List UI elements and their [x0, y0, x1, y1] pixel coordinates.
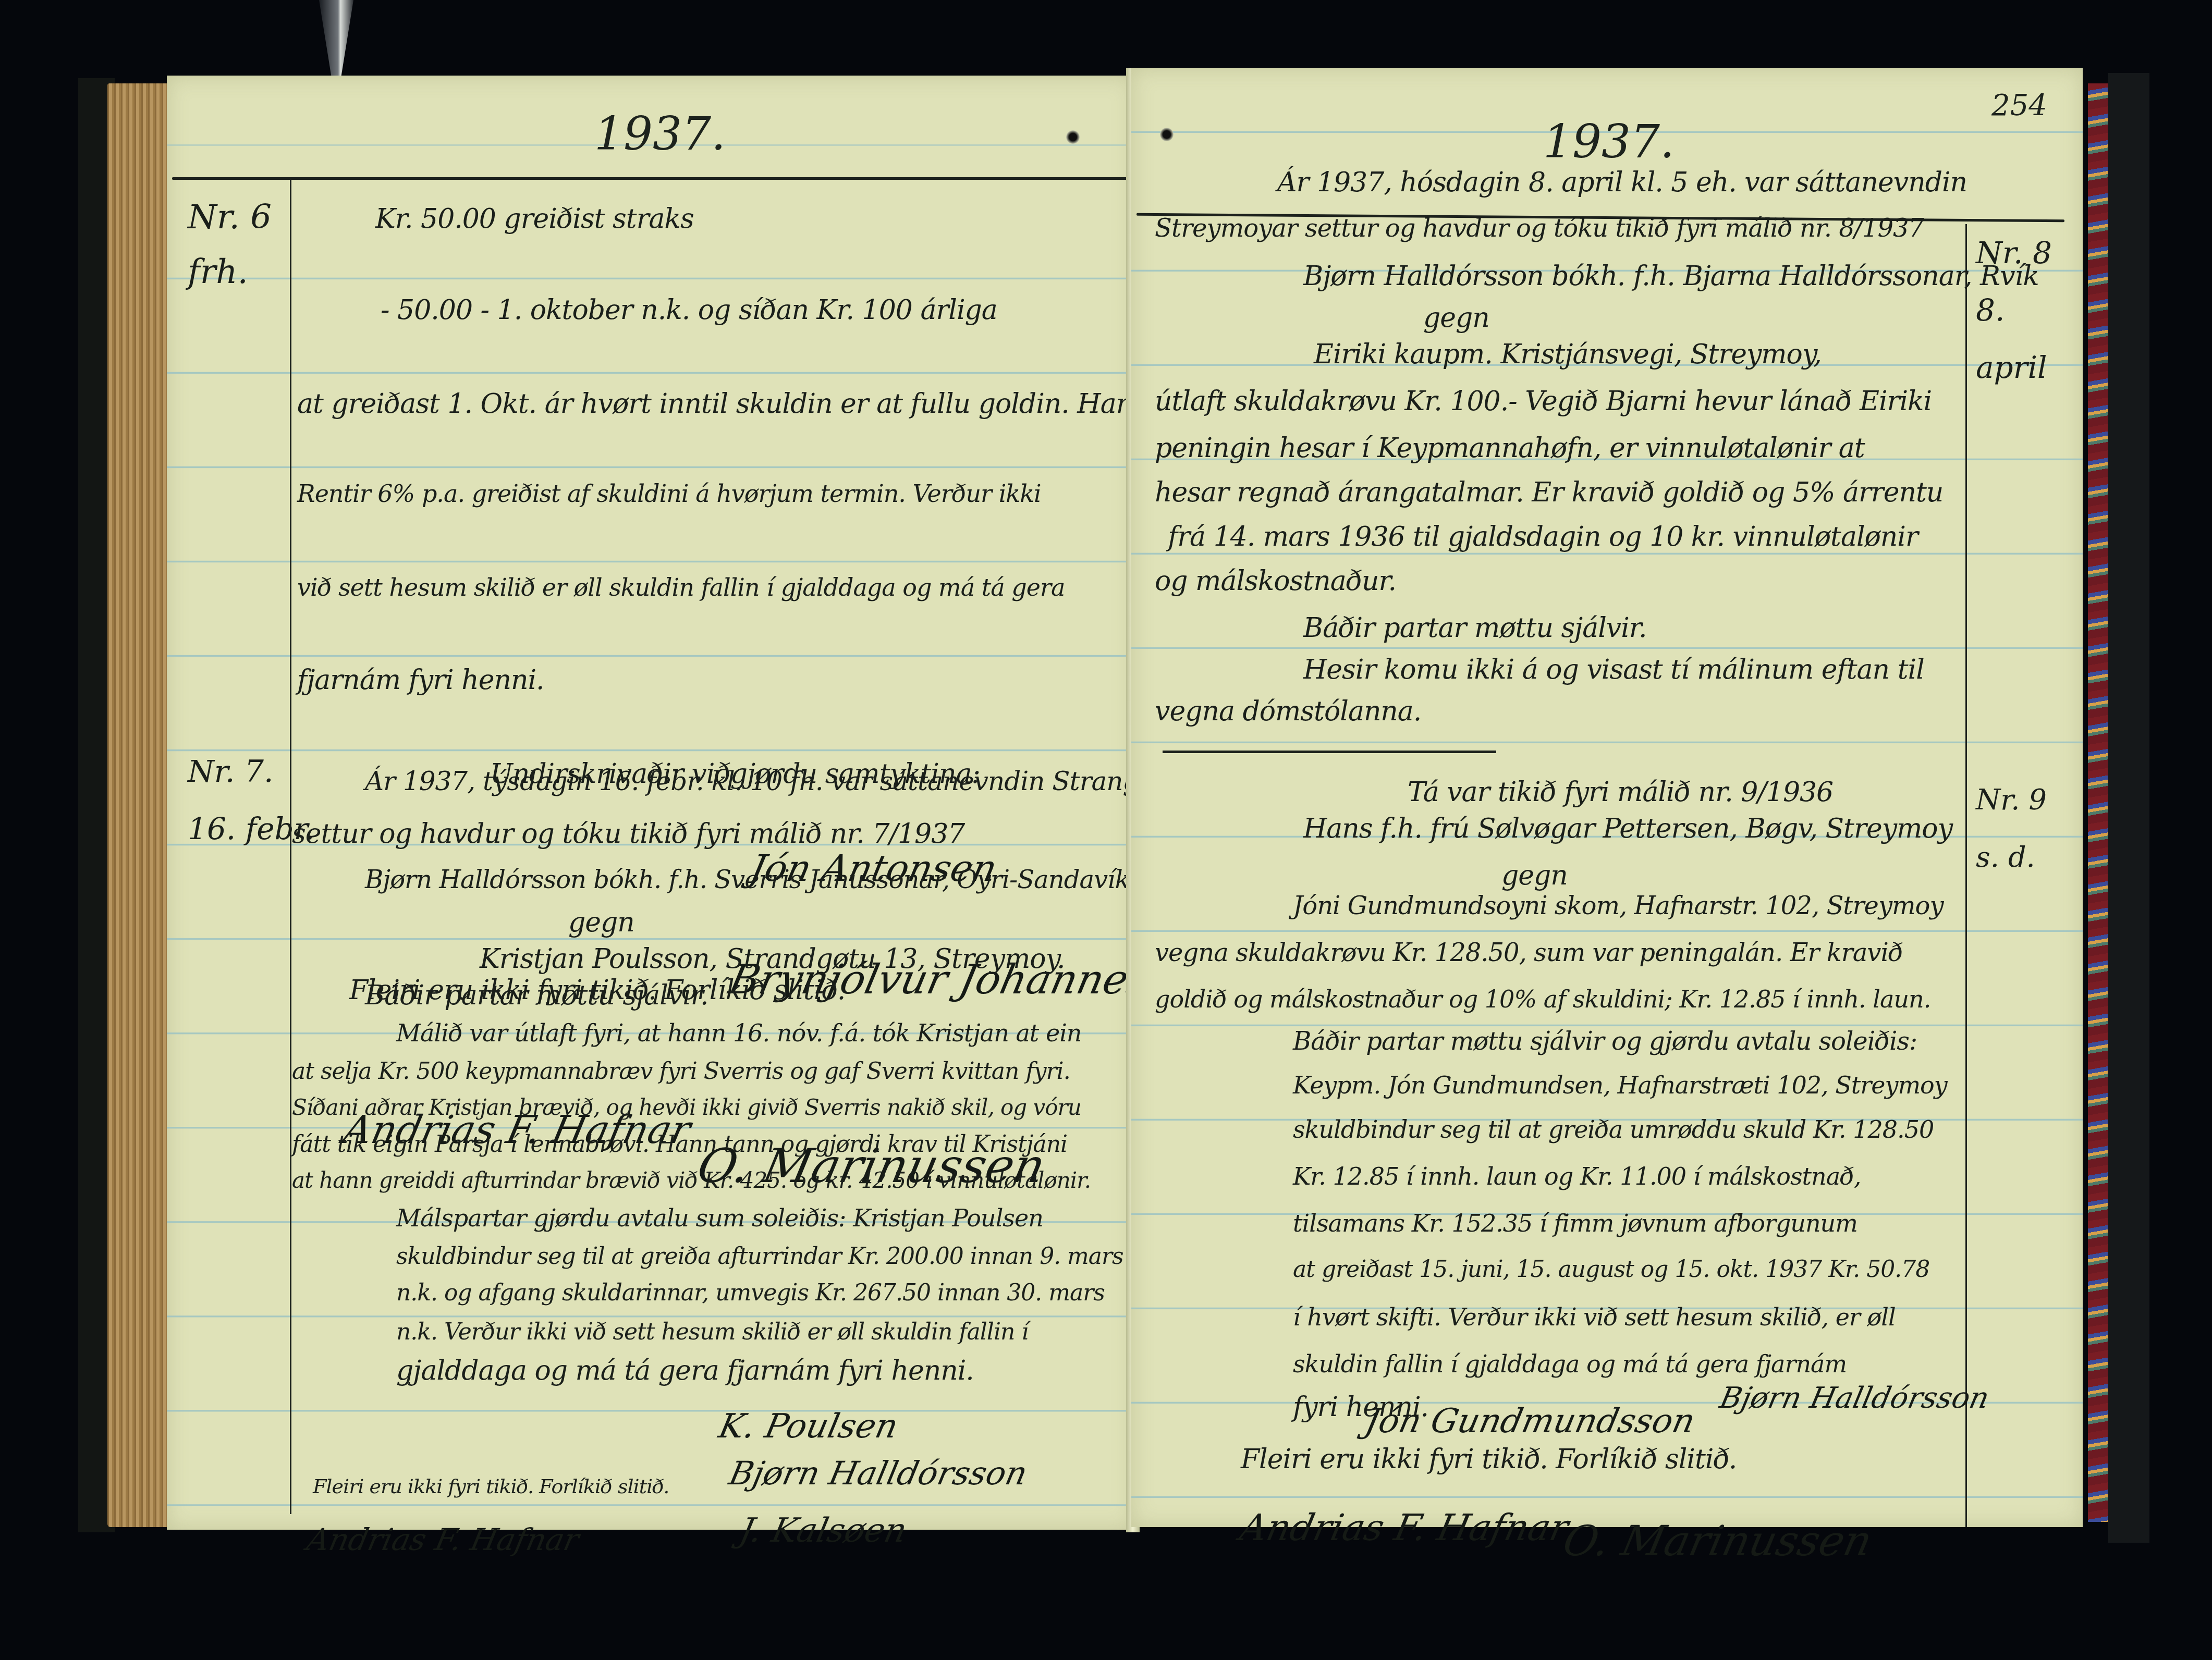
- entry-line: við sett hesum skilið er øll skuldin fal…: [297, 573, 1065, 601]
- entry-line: Eiriki kaupm. Kristjánsvegi, Streymoy,: [1314, 339, 1822, 370]
- entry-line: goldið og málskostnaður og 10% af skuldi…: [1155, 985, 1930, 1013]
- page-number: 254: [1991, 89, 2047, 122]
- entry-line: at greiðast 15. juni, 15. august og 15. …: [1293, 1256, 1929, 1283]
- entry-number-8: Nr. 8 8. april: [1976, 224, 2083, 396]
- entry-separator: [1163, 751, 1496, 753]
- entry-line: Málspartar gjørdu avtalu sum soleiðis: K…: [396, 1204, 1043, 1232]
- signature: Bjørn Halldórsson: [1717, 1381, 1992, 1415]
- entry-line: Báðir partar møttu sjálvir.: [1303, 612, 1647, 644]
- entry-line: Málið var útlaft fyri, at hann 16. nóv. …: [396, 1019, 1082, 1047]
- entry-line: Kr. 12.85 í innh. laun og Kr. 11.00 í má…: [1293, 1162, 1861, 1190]
- entry-closing: Fleiri eru ikki fyri tikið. Forlíkið sli…: [1241, 1444, 1737, 1475]
- entry-closing: Fleiri eru ikki fyri tikið. Forlíkið sli…: [313, 1475, 669, 1498]
- left-page-year: 1937.: [594, 107, 726, 161]
- entry-line-gegn: gegn: [568, 907, 634, 938]
- entry-line-gegn: gegn: [1423, 302, 1489, 334]
- entry-line: Keypm. Jón Gundmundsen, Hafnarstræti 102…: [1293, 1071, 1947, 1099]
- entry-line: og málskostnaður.: [1155, 565, 1396, 597]
- entry-line: Rentir 6% p.a. greiðist af skuldini á hv…: [297, 479, 1041, 508]
- entry-line: útlaft skuldakrøvu Kr. 100.- Vegið Bjarn…: [1155, 386, 1932, 417]
- entry-line: frá 14. mars 1936 til gjaldsdagin og 10 …: [1168, 521, 1918, 552]
- entry-line: gjalddaga og má tá gera fjarnám fyri hen…: [396, 1355, 974, 1386]
- entry-line: Streymoyar settur og havdur og tóku tiki…: [1155, 214, 1924, 243]
- entry-line: Jóni Gundmundsoyni skom, Hafnarstr. 102,…: [1293, 891, 1944, 920]
- left-page: 1937. Nr. 6 frh. Kr. 50.00 greiðist stra…: [167, 76, 1134, 1530]
- entry-line: at selja Kr. 500 keypmannabræv fyri Sver…: [292, 1058, 1070, 1085]
- entry-line: n.k. Verður ikki við sett hesum skilið e…: [396, 1319, 1028, 1345]
- signature: J. Kalsøen: [736, 1511, 910, 1550]
- header-rule: [172, 177, 1129, 180]
- entry-line: n.k. og afgang skuldarinnar, umvegis Kr.…: [396, 1280, 1105, 1306]
- official-signature: Andrias F. Hafnar: [304, 1522, 582, 1557]
- entry-line: skuldbindur seg til at greiða afturrinda…: [396, 1243, 1123, 1270]
- entry-line: vegna dómstólanna.: [1155, 696, 1421, 727]
- entry-line: at hann greiddi afturrindar brævið við K…: [292, 1167, 1091, 1193]
- entry-line: Hesir komu ikki á og visast tí málinum e…: [1303, 654, 1924, 685]
- margin-column-rule: [1965, 224, 1967, 1527]
- entry-line: settur og havdur og tóku tikið fyri máli…: [292, 818, 964, 850]
- entry-line: fjarnám fyri henni.: [297, 665, 544, 696]
- entry-line: peningin hesar í Keypmannahøfn, er vinnu…: [1155, 433, 1865, 464]
- entry-line: vegna skuldakrøvu Kr. 128.50, sum var pe…: [1155, 938, 1903, 967]
- entry-line: Kristjan Poulsson, Strandgøtu 13, Streym…: [480, 943, 1065, 975]
- entry-line: skuldin fallin í gjalddaga og má tá gera…: [1293, 1350, 1847, 1378]
- page-block-edge: [107, 83, 169, 1527]
- entry-line: Bjørn Halldórsson bókh. f.h. Sverris Jan…: [365, 865, 1137, 894]
- entry-line: Bjørn Halldórsson bókh. f.h. Bjarna Hall…: [1303, 261, 2039, 292]
- right-page-year: 1937.: [1543, 115, 1675, 168]
- entry-number-6: Nr. 6 frh.: [188, 190, 272, 300]
- binding-hole: [1066, 130, 1080, 144]
- official-signature: O. Marinussen: [1559, 1517, 1876, 1565]
- signature: Jón Gundmundsson: [1362, 1402, 1698, 1441]
- entry-line: hesar regnað árangatalmar. Er kravið gol…: [1155, 477, 1943, 508]
- binding-hole: [1160, 128, 1174, 141]
- entry-line: Báðir partar møttu sjálvir og gjørdu avt…: [1293, 1027, 1917, 1056]
- book-cover-right: [2108, 73, 2149, 1543]
- entry-line: Hans f.h. frú Sølvøgar Pettersen, Bøgv, …: [1303, 813, 1952, 844]
- entry-line: tilsamans Kr. 152.35 í fimm jøvnum afbor…: [1293, 1209, 1857, 1237]
- entry-line: at greiðast 1. Okt. ár hvørt inntil skul…: [297, 388, 1219, 420]
- entry-line: Ár 1937, hósdagin 8. april kl. 5 eh. var…: [1277, 167, 1967, 198]
- entry-line: í hvørt skifti. Verður ikki við sett hes…: [1293, 1303, 1896, 1331]
- entry-line: Kr. 50.00 greiðist straks: [375, 203, 694, 235]
- official-signature: Andrias F. Hafnar: [1236, 1506, 1572, 1549]
- entry-line: fátt tik eigin Parsja í lennabrøvi. Hann…: [292, 1131, 1067, 1158]
- marbled-endpaper: [2088, 83, 2108, 1522]
- entry-line: Síðani aðrar Kristjan brævið, og hevði i…: [292, 1095, 1081, 1120]
- entry-line-gegn: gegn: [1501, 860, 1568, 891]
- entry-line: - 50.00 - 1. oktober n.k. og síðan Kr. 1…: [381, 294, 997, 326]
- signature: K. Poulsen: [715, 1407, 901, 1446]
- signature: Bjørn Halldórsson: [726, 1454, 1031, 1492]
- entry-line: Tá var tikið fyri málið nr. 9/1936: [1408, 777, 1833, 808]
- entry-line: skuldbindur seg til at greiða umrøddu sk…: [1293, 1115, 1934, 1143]
- entry-line: Báðir partar møttu sjálvir.: [365, 980, 708, 1011]
- entry-line: Ár 1937, týsdagin 16. febr. kl. 10 fh. v…: [365, 766, 1154, 796]
- entry-number-9: Nr. 9 s. d.: [1976, 771, 2047, 886]
